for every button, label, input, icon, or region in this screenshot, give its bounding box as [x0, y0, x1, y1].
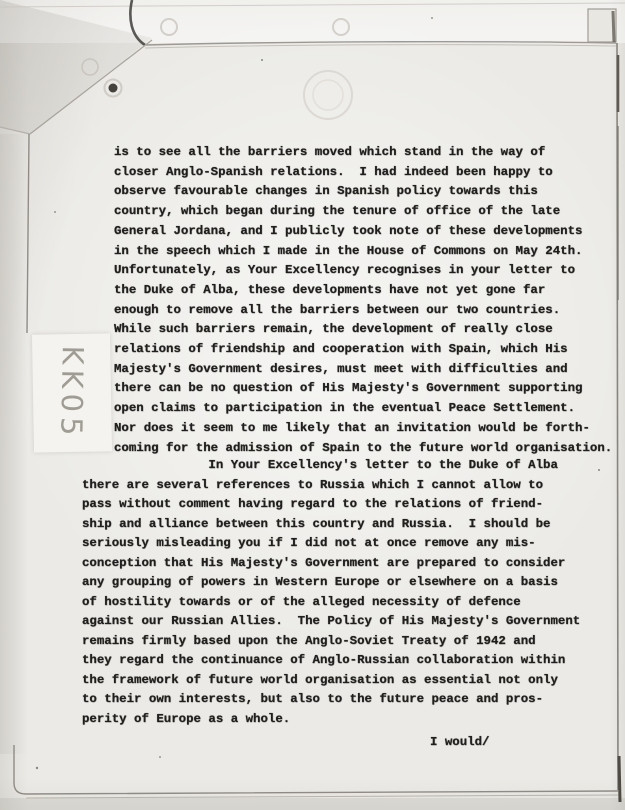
- text-line: there can be no question of His Majesty'…: [114, 379, 612, 399]
- text-line: General Jordana, and I publicly took not…: [114, 222, 612, 242]
- text-line: to their own interests, but also to the …: [82, 690, 580, 710]
- text-line: relations of friendship and cooperation …: [114, 340, 612, 360]
- top-paper-edge: [0, 3, 625, 7]
- text-line: country, which began during the tenure o…: [114, 202, 612, 222]
- text-line: Nor does it seem to me likely that an in…: [114, 419, 612, 439]
- fastener-impression-left: [161, 19, 177, 35]
- text-line: is to see all the barriers moved which s…: [114, 143, 612, 163]
- text-line: in the speech which I made in the House …: [114, 242, 612, 262]
- text-line: any grouping of powers in Western Europe…: [82, 573, 580, 593]
- dust-speck: [159, 756, 161, 758]
- text-line: In Your Excellency's letter to the Duke …: [82, 456, 580, 476]
- fastener-impression-right: [333, 19, 349, 35]
- dark-crease-line: [130, 0, 145, 45]
- text-line: Majesty's Government desires, must meet …: [114, 360, 612, 380]
- eyelet-impression: [82, 59, 98, 75]
- diagonal-fold-line-short: [0, 127, 30, 134]
- text-line: against our Russian Allies. The Policy o…: [82, 612, 580, 632]
- diagonal-fold-line: [30, 40, 152, 134]
- paragraph-anglo-spanish: is to see all the barriers moved which s…: [114, 143, 612, 458]
- text-line: there are several references to Russia w…: [82, 476, 580, 496]
- right-edge-bottom-blob: [619, 756, 620, 802]
- punch-hole: [109, 84, 118, 93]
- text-line: they regard the continuance of Anglo-Rus…: [82, 651, 580, 671]
- dust-speck: [36, 767, 38, 769]
- bottom-page-edge: [14, 745, 618, 794]
- handwritten-reference: KK05: [54, 345, 90, 441]
- dust-speck: [261, 59, 263, 61]
- dust-speck: [54, 211, 56, 213]
- text-line: Unfortunately, as Your Excellency recogn…: [114, 261, 612, 281]
- text-line: conception that His Majesty's Government…: [82, 554, 580, 574]
- text-line: enough to remove all the barriers betwee…: [114, 301, 612, 321]
- stamp-ghost-inner: [313, 80, 343, 110]
- text-line: perity of Europe as a whole.: [82, 710, 580, 730]
- text-line: ship and alliance between this country a…: [82, 515, 580, 535]
- text-line: seriously misleading you if I did not at…: [82, 534, 580, 554]
- text-line: closer Anglo-Spanish relations. I had in…: [114, 163, 612, 183]
- index-tab-shadow: [613, 11, 614, 42]
- text-line: open claims to participation in the even…: [114, 399, 612, 419]
- text-line: the framework of future world organisati…: [82, 671, 580, 691]
- text-line: observe favourable changes in Spanish po…: [114, 182, 612, 202]
- text-line: remains firmly based upon the Anglo-Sovi…: [82, 632, 580, 652]
- text-line: the Duke of Alba, these developments hav…: [114, 281, 612, 301]
- bottom-page-edge-echo: [26, 795, 618, 798]
- reference-slip: KK05: [32, 333, 112, 452]
- catchword: I would/: [430, 733, 490, 753]
- text-line: of hostility towards or of the alleged n…: [82, 593, 580, 613]
- paragraph-russia: In Your Excellency's letter to the Duke …: [82, 456, 580, 729]
- dust-speck: [431, 17, 433, 19]
- text-line: pass without comment having regard to th…: [82, 495, 580, 515]
- dust-speck: [598, 469, 600, 471]
- text-line: While such barriers remain, the developm…: [114, 320, 612, 340]
- stamp-ghost-outer: [304, 71, 352, 119]
- horizontal-crease-echo: [145, 45, 616, 48]
- scanned-letter-page: KK05 is to see all the barriers moved wh…: [0, 0, 625, 810]
- left-page-edge: [27, 134, 29, 333]
